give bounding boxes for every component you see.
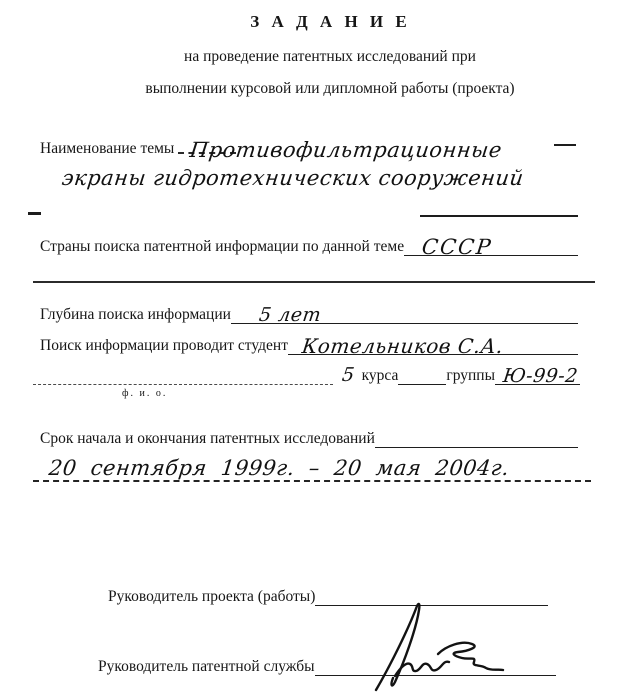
countries-handwritten-value: СССР	[421, 235, 494, 259]
stray-mark	[28, 212, 41, 215]
course-handwritten-number: 5	[341, 365, 356, 387]
dates-handwritten-value: 20 сентября 1999г. – 20 мая 2004г.	[48, 456, 511, 480]
theme-continuation-line	[420, 215, 578, 217]
dates-row: Срок начала и окончания патентных исслед…	[40, 420, 578, 448]
theme-handwritten-line2: экраны гидротехнических сооружений	[61, 166, 526, 190]
course-label: курса	[362, 367, 399, 385]
theme-handwritten-line1: Противофильтрационные	[189, 138, 504, 162]
theme-row: Наименование темы Противофильтрационные	[40, 128, 578, 158]
countries-label: Страны поиска патентной информации по да…	[40, 238, 404, 256]
group-handwritten-value: Ю-99-2	[502, 366, 579, 388]
scanned-assignment-form: З А Д А Н И Е на проведение патентных ис…	[0, 0, 630, 696]
theme-label: Наименование темы	[40, 140, 174, 158]
dates-blank-line	[375, 419, 578, 448]
group-blank-line: Ю-99-2	[495, 356, 580, 385]
course-blank-line	[33, 356, 333, 385]
group-label: группы	[446, 367, 495, 385]
theme-blank-line: Противофильтрационные	[174, 128, 578, 158]
countries-row: Страны поиска патентной информации по да…	[40, 228, 578, 256]
depth-blank-line: 5 лет	[231, 295, 578, 324]
blank-rule	[33, 281, 595, 283]
student-blank-line: Котельников С.А.	[288, 326, 578, 355]
depth-label: Глубина поиска информации	[40, 306, 231, 324]
course-group-row: 5 курса группы Ю-99-2	[33, 357, 580, 385]
depth-row: Глубина поиска информации 5 лет	[40, 296, 578, 324]
document-subtitle-line1: на проведение патентных исследований при	[30, 48, 630, 66]
student-row: Поиск информации проводит студент Котель…	[40, 327, 578, 355]
countries-blank-line: СССР	[404, 227, 578, 256]
dates-handwritten-band: 20 сентября 1999г. – 20 мая 2004г.	[33, 446, 591, 482]
student-label: Поиск информации проводит студент	[40, 337, 288, 355]
signature-icon	[350, 596, 522, 694]
patent-head-label: Руководитель патентной службы	[98, 658, 315, 676]
signature-scrawl	[350, 596, 522, 694]
document-subtitle-line2: выполнении курсовой или дипломной работы…	[30, 80, 630, 98]
course-group-gap-line	[398, 356, 446, 385]
fio-caption: ф. и. о.	[122, 388, 167, 399]
student-handwritten-name: Котельников С.А.	[301, 335, 505, 358]
depth-handwritten-value: 5 лет	[258, 305, 323, 327]
theme-trailing-dash	[554, 144, 576, 146]
project-head-label: Руководитель проекта (работы)	[108, 588, 315, 606]
document-title: З А Д А Н И Е	[30, 12, 630, 32]
